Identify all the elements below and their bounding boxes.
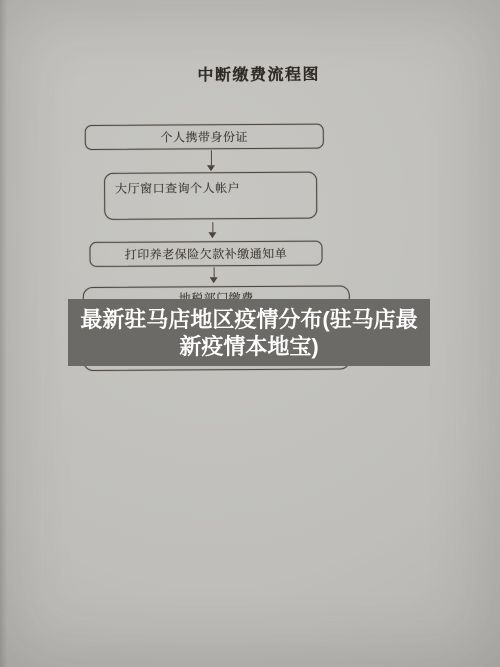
- flow-step-query-account: 大厅窗口查询个人帐户: [104, 172, 317, 220]
- caption-overlay-band: 最新驻马店地区疫情分布(驻马店最 新疫情本地宝): [68, 299, 430, 366]
- caption-line-2: 新疫情本地宝): [68, 333, 430, 360]
- flowchart-title: 中断缴费流程图: [197, 66, 320, 87]
- flow-step-print-notice: 打印养老保险欠款补缴通知单: [89, 241, 322, 267]
- flow-step-carry-id: 个人携带身份证: [85, 124, 324, 150]
- photographed-document: 中断缴费流程图 个人携带身份证 大厅窗口查询个人帐户 打印养老保险欠款补缴通知单…: [0, 0, 500, 667]
- arrow-down-icon: [212, 222, 213, 232]
- arrow-down-icon: [214, 267, 215, 277]
- arrow-down-icon: [211, 150, 212, 165]
- caption-line-1: 最新驻马店地区疫情分布(驻马店最: [68, 306, 430, 333]
